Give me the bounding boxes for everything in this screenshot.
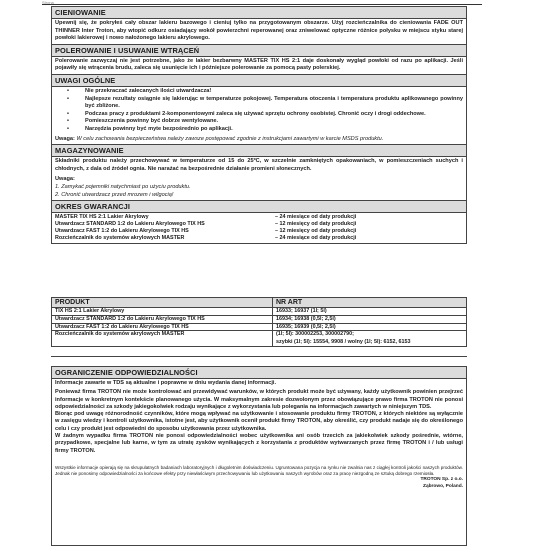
product-name: Utwardzacz STANDARD 1:2 do Lakieru Akryl… — [52, 315, 273, 323]
section-title-warranty: OKRES GWARANCJI — [52, 200, 466, 213]
section-title-general: UWAGI OGÓLNE — [52, 74, 466, 87]
liability-section: OGRANICZENIE ODPOWIEDZIALNOŚCI Informacj… — [51, 366, 467, 546]
product-name: Rozcieńczalnik do systemów akrylowych MA… — [52, 331, 273, 347]
liability-paragraph: Biorąc pod uwagę różnorodność czynników,… — [55, 411, 463, 433]
warranty-product: MASTER TIX HS 2:1 Lakier Akrylowy — [55, 214, 275, 221]
divider — [51, 356, 467, 357]
shading-text: Upewnij się, że pokryłeś cały obszar lak… — [52, 19, 466, 44]
article-number: 16933; 16937 (1l; 5l) — [273, 308, 467, 316]
general-bullet-list: Nie przekraczać zalecanych ilości utward… — [55, 88, 463, 134]
note-text: W celu zachowania bezpieczeństwa należy … — [76, 136, 383, 142]
storage-note: 1. Zamykać pojemniki natychmiast po użyc… — [55, 184, 463, 192]
article-number: 16935; 16939 (0,5l; 2,5l) — [273, 323, 467, 331]
product-table: PRODUKT NR ART TIX HS 2:1 Lakier Akrylow… — [51, 297, 467, 347]
list-item: Narzędzia powinny być myte bezpośrednio … — [85, 126, 463, 134]
liability-paragraph: Informacje zawarte w TDS są aktualne i p… — [55, 380, 463, 387]
section-title-storage: MAGAZYNOWANIE — [52, 144, 466, 157]
list-item: Nie przekraczać zalecanych ilości utward… — [85, 88, 463, 96]
storage-note: 2. Chronić utwardzacz przed mrozem i wil… — [55, 192, 463, 200]
warranty-product: Rozcieńczalnik do systemów akrylowych MA… — [55, 235, 275, 242]
table-row: Rozcieńczalnik do systemów akrylowych MA… — [52, 331, 467, 347]
general-notes: Nie przekraczać zalecanych ilości utward… — [52, 87, 466, 144]
table-row: TIX HS 2:1 Lakier Akrylowy 16933; 16937 … — [52, 308, 467, 316]
article-number: 16934; 16938 (0,5l; 2,5l) — [273, 315, 467, 323]
warranty-period: – 24 miesiące od daty produkcji — [275, 235, 463, 242]
liability-footer: Wszystkie informacje opierają się na skr… — [52, 465, 466, 477]
warranty-period: – 12 miesięcy od daty produkcji — [275, 221, 463, 228]
polishing-text: Polerowanie zazwyczaj nie jest potrzebne… — [52, 57, 466, 74]
section-title-liability: OGRANICZENIE ODPOWIEDZIALNOŚCI — [52, 367, 466, 379]
article-number: (1l; 5l): 300002253, 300002790; szybki (… — [273, 331, 467, 347]
warranty-product: Utwardzacz STANDARD 1:2 do Lakieru Akryl… — [55, 221, 275, 228]
column-header-product: PRODUKT — [52, 298, 273, 308]
liability-text: Informacje zawarte w TDS są aktualne i p… — [52, 379, 466, 456]
liability-paragraph: Ponieważ firma TROTON nie może kontrolow… — [55, 389, 463, 411]
table-row: Utwardzacz STANDARD 1:2 do Lakieru Akryl… — [52, 315, 467, 323]
product-name: Utwardzacz FAST 1:2 do Lakieru Akryloweg… — [52, 323, 273, 331]
storage-note-label: Uwaga: — [55, 176, 463, 184]
product-name: TIX HS 2:1 Lakier Akrylowy — [52, 308, 273, 316]
column-header-article: NR ART — [273, 298, 467, 308]
company-location: Ząbrowo, Poland. — [52, 484, 466, 490]
warranty-list: MASTER TIX HS 2:1 Lakier Akrylowy – 24 m… — [52, 213, 466, 243]
warranty-product: Utwardzacz FAST 1:2 do Lakieru Akryloweg… — [55, 228, 275, 235]
section-title-polishing: POLEROWANIE I USUWANIE WTRĄCEŃ — [52, 44, 466, 57]
liability-paragraph: W żadnym wypadku firma TROTON nie ponosi… — [55, 433, 463, 455]
storage-text: Składniki produktu należy przechowywać w… — [52, 157, 466, 200]
list-item: Pomieszczenia powinny być dobrze wentylo… — [85, 118, 463, 126]
section-title-shading: CIENIOWANIE — [52, 7, 466, 19]
warranty-period: – 12 miesięcy od daty produkcji — [275, 228, 463, 235]
table-row: Utwardzacz FAST 1:2 do Lakieru Akryloweg… — [52, 323, 467, 331]
list-item: Podczas pracy z produktami 2-komponentow… — [85, 111, 463, 119]
list-item: Najlepsze rezultaty osiągnie się lakieru… — [85, 96, 463, 111]
technical-sections: CIENIOWANIE Upewnij się, że pokryłeś cał… — [51, 6, 467, 244]
note-label: Uwaga: — [55, 136, 75, 142]
header-rule — [42, 4, 482, 5]
product-table-container: PRODUKT NR ART TIX HS 2:1 Lakier Akrylow… — [51, 297, 467, 347]
warranty-period: – 24 miesiące od daty produkcji — [275, 214, 463, 221]
